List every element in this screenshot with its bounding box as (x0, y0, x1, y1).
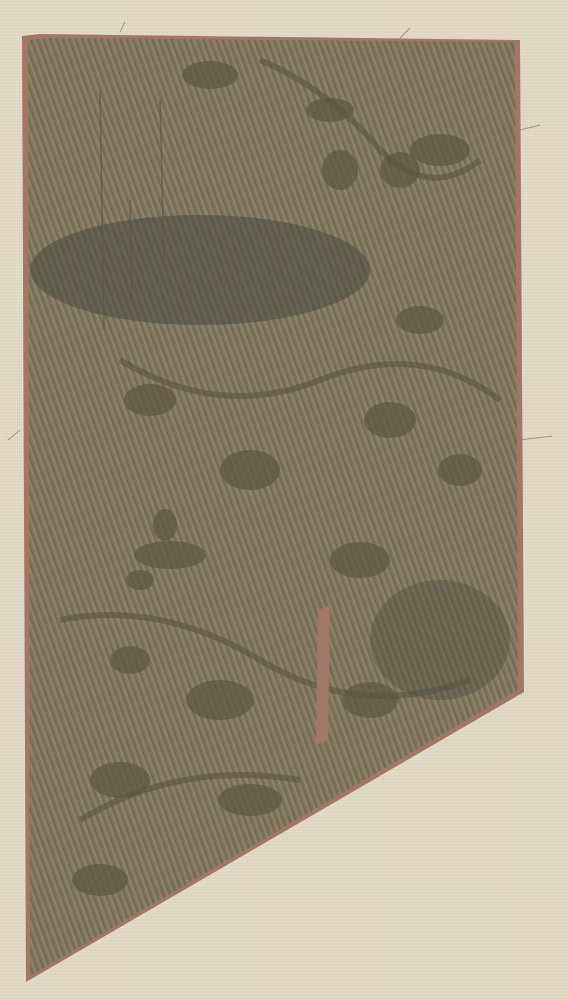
textile-fragment (0, 0, 568, 1000)
